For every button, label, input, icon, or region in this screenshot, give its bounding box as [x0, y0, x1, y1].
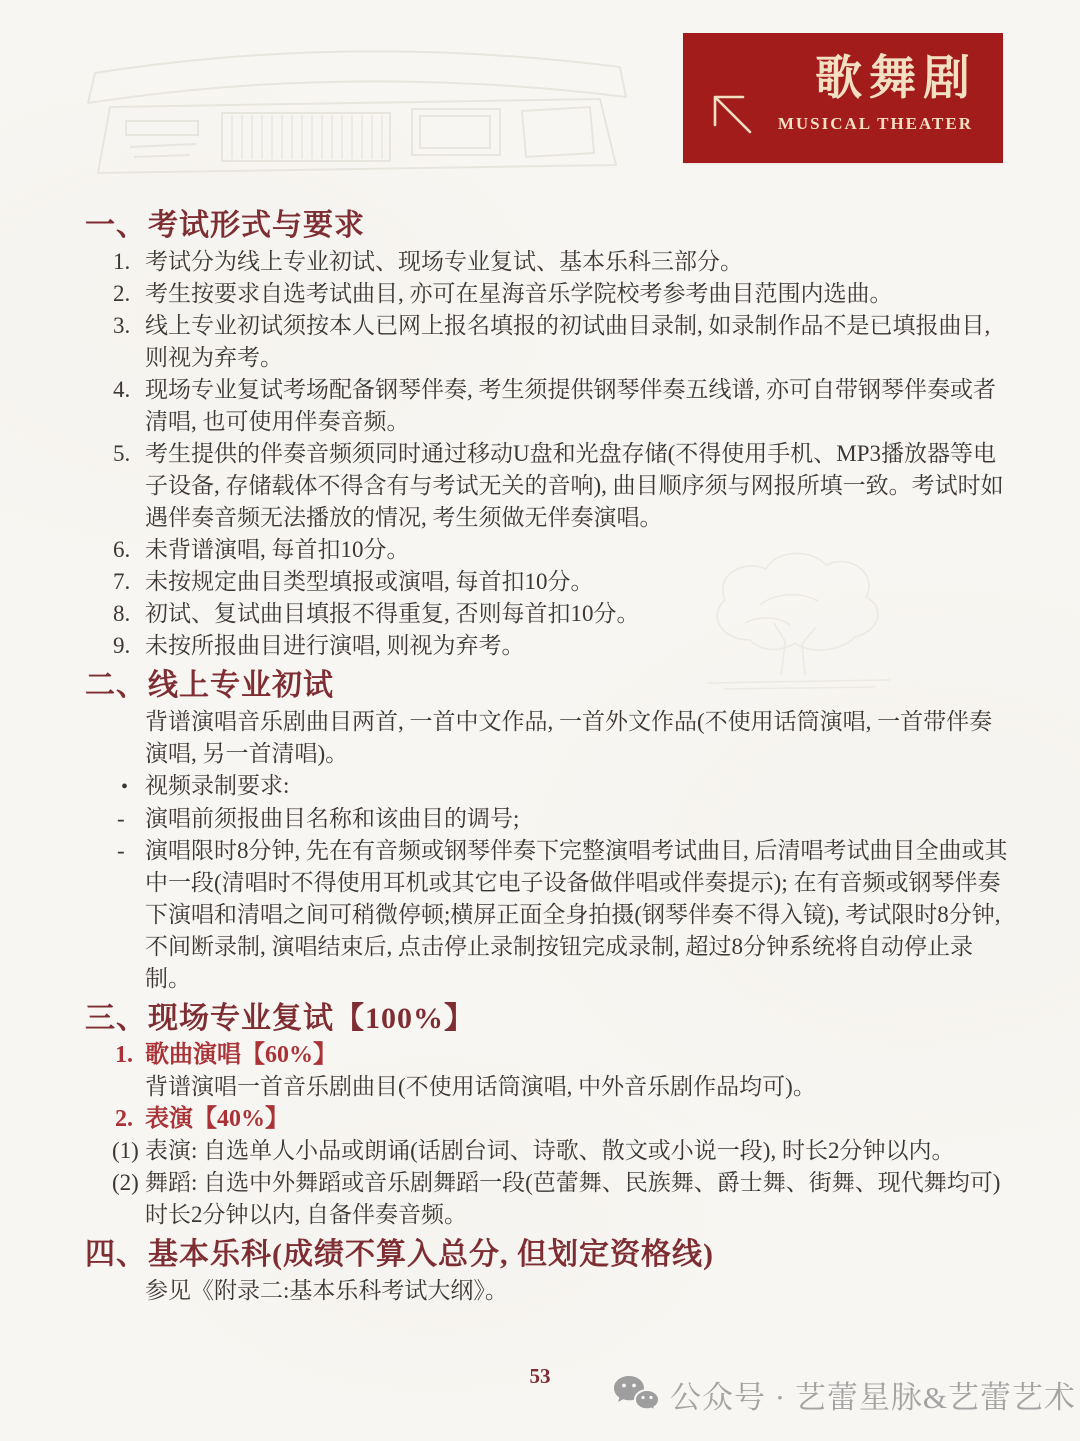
list-item: 5.考生提供的伴奏音频须同时通过移动U盘和光盘存储(不得使用手机、MP3播放器等… [145, 438, 1010, 534]
item-marker: 5. [113, 438, 145, 470]
section-title: 考试形式与要求 [148, 209, 365, 242]
item-marker: 4. [113, 374, 145, 406]
section-number: 二、 [85, 668, 148, 704]
item-marker: 1. [115, 1039, 145, 1071]
item-text: 未背谱演唱, 每首扣10分。 [145, 537, 410, 562]
item-text: 表演: 自选单人小品或朗诵(话剧台词、诗歌、散文或小说一段), 时长2分钟以内。 [145, 1138, 954, 1163]
section-heading-online-preliminary: 二、线上专业初试 [85, 668, 1010, 704]
item-marker: 2. [113, 278, 145, 310]
section-heading-onsite-retest: 三、现场专业复试【100%】 [85, 1001, 1010, 1037]
watermark: 公众号 · 艺蕾星脉&艺蕾艺术 [612, 1372, 1076, 1417]
item-marker: (1) [112, 1135, 145, 1167]
paragraph: 参见《附录二:基本乐科考试大纲》。 [145, 1275, 1010, 1307]
bullet-icon: • [121, 771, 145, 803]
section-heading-basic-music-theory: 四、基本乐科(成绩不算入总分, 但划定资格线) [85, 1237, 1010, 1273]
list-item: 6.未背谱演唱, 每首扣10分。 [145, 534, 1010, 566]
section-title: 基本乐科(成绩不算入总分, 但划定资格线) [148, 1238, 714, 1271]
bullet-item: •视频录制要求: [145, 770, 1010, 803]
arrow-up-left-icon [713, 95, 753, 135]
document-content: 一、考试形式与要求 1.考试分为线上专业初试、现场专业复试、基本乐科三部分。 2… [0, 208, 1080, 1307]
item-text: 舞蹈: 自选中外舞蹈或音乐剧舞蹈一段(芭蕾舞、民族舞、爵士舞、街舞、现代舞均可)… [145, 1170, 1000, 1227]
dash-text: 演唱前须报曲目名称和该曲目的调号; [145, 806, 519, 831]
item-marker: (2) [112, 1167, 145, 1199]
item-marker: 6. [113, 534, 145, 566]
list-item: (1)表演: 自选单人小品或朗诵(话剧台词、诗歌、散文或小说一段), 时长2分钟… [145, 1135, 1010, 1167]
item-text: 考试分为线上专业初试、现场专业复试、基本乐科三部分。 [145, 249, 743, 274]
dash-icon: - [117, 803, 145, 835]
item-text: 线上专业初试须按本人已网上报名填报的初试曲目录制, 如录制作品不是已填报曲目, … [145, 313, 990, 370]
page-number: 53 [530, 1364, 551, 1389]
item-marker: 3. [113, 310, 145, 342]
list-item: 8.初试、复试曲目填报不得重复, 否则每首扣10分。 [145, 598, 1010, 630]
item-text: 考生按要求自选考试曲目, 亦可在星海音乐学院校考参考曲目范围内选曲。 [145, 281, 893, 306]
wechat-icon [612, 1374, 660, 1416]
section-title: 现场专业复试【100%】 [148, 1002, 475, 1035]
subsection-heading-performance: 2.表演【40%】 [145, 1103, 1010, 1135]
section-number: 三、 [85, 1001, 148, 1037]
document-page: 歌舞剧 MUSICAL THEATER 一、考试形式与要求 1.考试分为线上专业… [0, 0, 1080, 1441]
item-marker: 9. [113, 630, 145, 662]
subsection-label: 表演【40%】 [145, 1106, 289, 1132]
watermark-text: 公众号 · 艺蕾星脉&艺蕾艺术 [670, 1372, 1076, 1417]
dash-text: 演唱限时8分钟, 先在有音频或钢琴伴奏下完整演唱考试曲目, 后清唱考试曲目全曲或… [145, 838, 1008, 991]
item-text: 未按规定曲目类型填报或演唱, 每首扣10分。 [145, 569, 594, 594]
dash-icon: - [117, 835, 145, 867]
section-number: 一、 [85, 208, 148, 244]
item-text: 未按所报曲目进行演唱, 则视为弃考。 [145, 633, 525, 658]
list-item: 2.考生按要求自选考试曲目, 亦可在星海音乐学院校考参考曲目范围内选曲。 [145, 278, 1010, 310]
list-item: 3.线上专业初试须按本人已网上报名填报的初试曲目录制, 如录制作品不是已填报曲目… [145, 310, 1010, 374]
background-sketch-studio [70, 25, 640, 175]
item-marker: 8. [113, 598, 145, 630]
subsection-heading-song: 1.歌曲演唱【60%】 [145, 1039, 1010, 1071]
section-badge: 歌舞剧 MUSICAL THEATER [683, 33, 1003, 163]
list-item: (2)舞蹈: 自选中外舞蹈或音乐剧舞蹈一段(芭蕾舞、民族舞、爵士舞、街舞、现代舞… [145, 1167, 1010, 1231]
list-item: 7.未按规定曲目类型填报或演唱, 每首扣10分。 [145, 566, 1010, 598]
dash-item: -演唱前须报曲目名称和该曲目的调号; [145, 803, 1010, 835]
item-text: 初试、复试曲目填报不得重复, 否则每首扣10分。 [145, 601, 640, 626]
list-item: 4.现场专业复试考场配备钢琴伴奏, 考生须提供钢琴伴奏五线谱, 亦可自带钢琴伴奏… [145, 374, 1010, 438]
paragraph: 背谱演唱音乐剧曲目两首, 一首中文作品, 一首外文作品(不使用话筒演唱, 一首带… [145, 706, 1010, 770]
item-text: 考生提供的伴奏音频须同时通过移动U盘和光盘存储(不得使用手机、MP3播放器等电子… [145, 441, 1004, 530]
item-text: 现场专业复试考场配备钢琴伴奏, 考生须提供钢琴伴奏五线谱, 亦可自带钢琴伴奏或者… [145, 377, 996, 434]
item-marker: 7. [113, 566, 145, 598]
subsection-label: 歌曲演唱【60%】 [145, 1042, 337, 1068]
list-item: 9.未按所报曲目进行演唱, 则视为弃考。 [145, 630, 1010, 662]
section-number: 四、 [85, 1237, 148, 1273]
section-title: 线上专业初试 [148, 669, 334, 702]
list-item: 1.考试分为线上专业初试、现场专业复试、基本乐科三部分。 [145, 246, 1010, 278]
section-heading-exam-format: 一、考试形式与要求 [85, 208, 1010, 244]
paragraph: 背谱演唱一首音乐剧曲目(不使用话筒演唱, 中外音乐剧作品均可)。 [145, 1071, 1010, 1103]
bullet-text: 视频录制要求: [145, 773, 289, 798]
dash-item: -演唱限时8分钟, 先在有音频或钢琴伴奏下完整演唱考试曲目, 后清唱考试曲目全曲… [145, 835, 1010, 995]
item-marker: 1. [113, 246, 145, 278]
item-marker: 2. [115, 1103, 145, 1135]
